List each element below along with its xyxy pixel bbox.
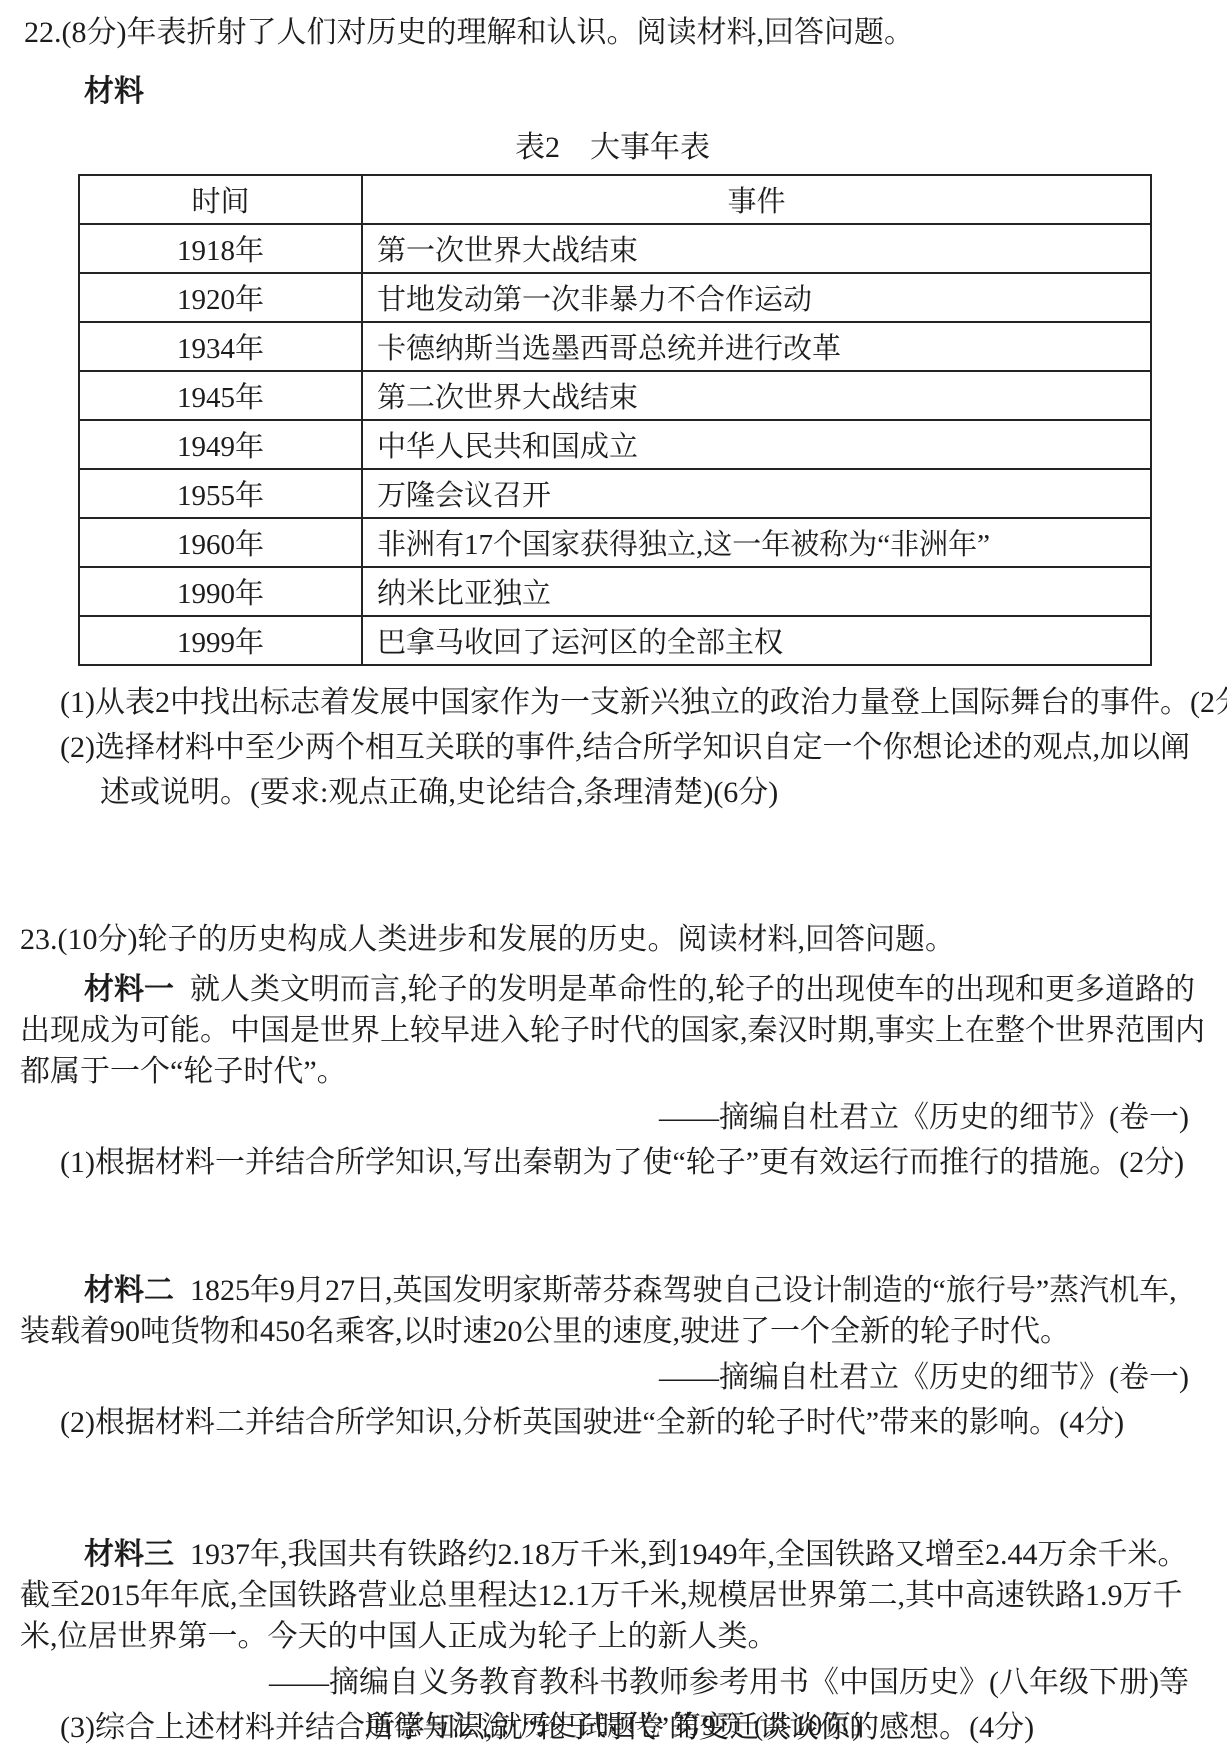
- cell-year: 1920年: [79, 273, 362, 322]
- table-row: 1934年 卡德纳斯当选墨西哥总统并进行改革: [79, 322, 1151, 371]
- table-row: 1990年 纳米比亚独立: [79, 567, 1151, 616]
- question-22-sub1: (1)从表2中找出标志着发展中国家作为一支新兴独立的政治力量登上国际舞台的事件。…: [60, 680, 1205, 725]
- question-23-stem: 23.(10分)轮子的历史构成人类进步和发展的历史。阅读材料,回答问题。: [20, 919, 1205, 961]
- page-footer: 道德与法治·历史试题卷 第9页 (共10页): [0, 1704, 1227, 1744]
- cell-year: 1955年: [79, 469, 362, 518]
- exam-page: 22.(8分)年表折射了人们对历史的理解和认识。阅读材料,回答问题。 材料 表2…: [0, 0, 1227, 1760]
- material-2-paragraph: 材料二1825年9月27日,英国发明家斯蒂芬森驾驶自己设计制造的“旅行号”蒸汽机…: [20, 1270, 1205, 1352]
- table-header-row: 时间 事件: [79, 175, 1151, 224]
- material-1-line1: 就人类文明而言,轮子的发明是革命性的,轮子的出现使车的出现和更多道路的: [190, 973, 1195, 1006]
- cell-year: 1945年: [79, 371, 362, 420]
- question-23-sub1: (1)根据材料一并结合所学知识,写出秦朝为了使“轮子”更有效运行而推行的措施。(…: [60, 1142, 1205, 1184]
- cell-year: 1934年: [79, 322, 362, 371]
- column-header-time: 时间: [79, 175, 362, 224]
- question-22-subquestions: (1)从表2中找出标志着发展中国家作为一支新兴独立的政治力量登上国际舞台的事件。…: [60, 680, 1205, 815]
- cell-event: 卡德纳斯当选墨西哥总统并进行改革: [362, 322, 1151, 371]
- material-3-label: 材料三: [84, 1538, 174, 1571]
- question-22-sub2-line2: 述或说明。(要求:观点正确,史论结合,条理清楚)(6分): [60, 770, 1205, 815]
- events-table: 时间 事件 1918年 第一次世界大战结束 1920年 甘地发动第一次非暴力不合…: [78, 174, 1152, 666]
- column-header-event: 事件: [362, 175, 1151, 224]
- cell-event: 第一次世界大战结束: [362, 224, 1151, 273]
- cell-event: 巴拿马收回了运河区的全部主权: [362, 616, 1151, 665]
- material-3-paragraph: 材料三1937年,我国共有铁路约2.18万千米,到1949年,全国铁路又增至2.…: [20, 1534, 1205, 1657]
- cell-year: 1990年: [79, 567, 362, 616]
- cell-year: 1960年: [79, 518, 362, 567]
- material-1-paragraph: 材料一就人类文明而言,轮子的发明是革命性的,轮子的出现使车的出现和更多道路的 出…: [20, 969, 1205, 1092]
- material-2-line1: 1825年9月27日,英国发明家斯蒂芬森驾驶自己设计制造的“旅行号”蒸汽机车,: [190, 1274, 1177, 1307]
- table-row: 1949年 中华人民共和国成立: [79, 420, 1151, 469]
- material-1-source: ——摘编自杜君立《历史的细节》(卷一): [20, 1098, 1205, 1138]
- table-row: 1960年 非洲有17个国家获得独立,这一年被称为“非洲年”: [79, 518, 1151, 567]
- cell-event: 甘地发动第一次非暴力不合作运动: [362, 273, 1151, 322]
- cell-event: 非洲有17个国家获得独立,这一年被称为“非洲年”: [362, 518, 1151, 567]
- material-3-source: ——摘编自义务教育教科书教师参考用书《中国历史》(八年级下册)等: [20, 1663, 1205, 1703]
- cell-year: 1949年: [79, 420, 362, 469]
- table-row: 1955年 万隆会议召开: [79, 469, 1151, 518]
- question-22-stem: 22.(8分)年表折射了人们对历史的理解和认识。阅读材料,回答问题。: [20, 12, 1205, 54]
- material-2-line2: 装载着90吨货物和450名乘客,以时速20公里的速度,驶进了一个全新的轮子时代。: [20, 1311, 1205, 1352]
- question-22-sub2-line1: (2)选择材料中至少两个相互关联的事件,结合所学知识自定一个你想论述的观点,加以…: [60, 725, 1205, 770]
- cell-event: 纳米比亚独立: [362, 567, 1151, 616]
- table-row: 1918年 第一次世界大战结束: [79, 224, 1151, 273]
- table-caption: 表2 大事年表: [20, 122, 1205, 166]
- table-row: 1945年 第二次世界大战结束: [79, 371, 1151, 420]
- material-1-line2: 出现成为可能。中国是世界上较早进入轮子时代的国家,秦汉时期,事实上在整个世界范围…: [20, 1010, 1205, 1051]
- material-1-label: 材料一: [84, 973, 174, 1006]
- material-1-line3: 都属于一个“轮子时代”。: [20, 1051, 1205, 1092]
- material-3-line1: 1937年,我国共有铁路约2.18万千米,到1949年,全国铁路又增至2.44万…: [190, 1538, 1188, 1571]
- material-3-line2: 截至2015年年底,全国铁路营业总里程达12.1万千米,规模居世界第二,其中高速…: [20, 1575, 1205, 1616]
- cell-event: 第二次世界大战结束: [362, 371, 1151, 420]
- material-3-line3: 米,位居世界第一。今天的中国人正成为轮子上的新人类。: [20, 1616, 1205, 1657]
- cell-year: 1999年: [79, 616, 362, 665]
- question-23-sub2: (2)根据材料二并结合所学知识,分析英国驶进“全新的轮子时代”带来的影响。(4分…: [60, 1402, 1205, 1444]
- q22-material-label: 材料: [84, 66, 1205, 110]
- cell-event: 万隆会议召开: [362, 469, 1151, 518]
- material-2-label: 材料二: [84, 1274, 174, 1307]
- table-row: 1920年 甘地发动第一次非暴力不合作运动: [79, 273, 1151, 322]
- cell-year: 1918年: [79, 224, 362, 273]
- table-row: 1999年 巴拿马收回了运河区的全部主权: [79, 616, 1151, 665]
- cell-event: 中华人民共和国成立: [362, 420, 1151, 469]
- material-2-source: ——摘编自杜君立《历史的细节》(卷一): [20, 1358, 1205, 1398]
